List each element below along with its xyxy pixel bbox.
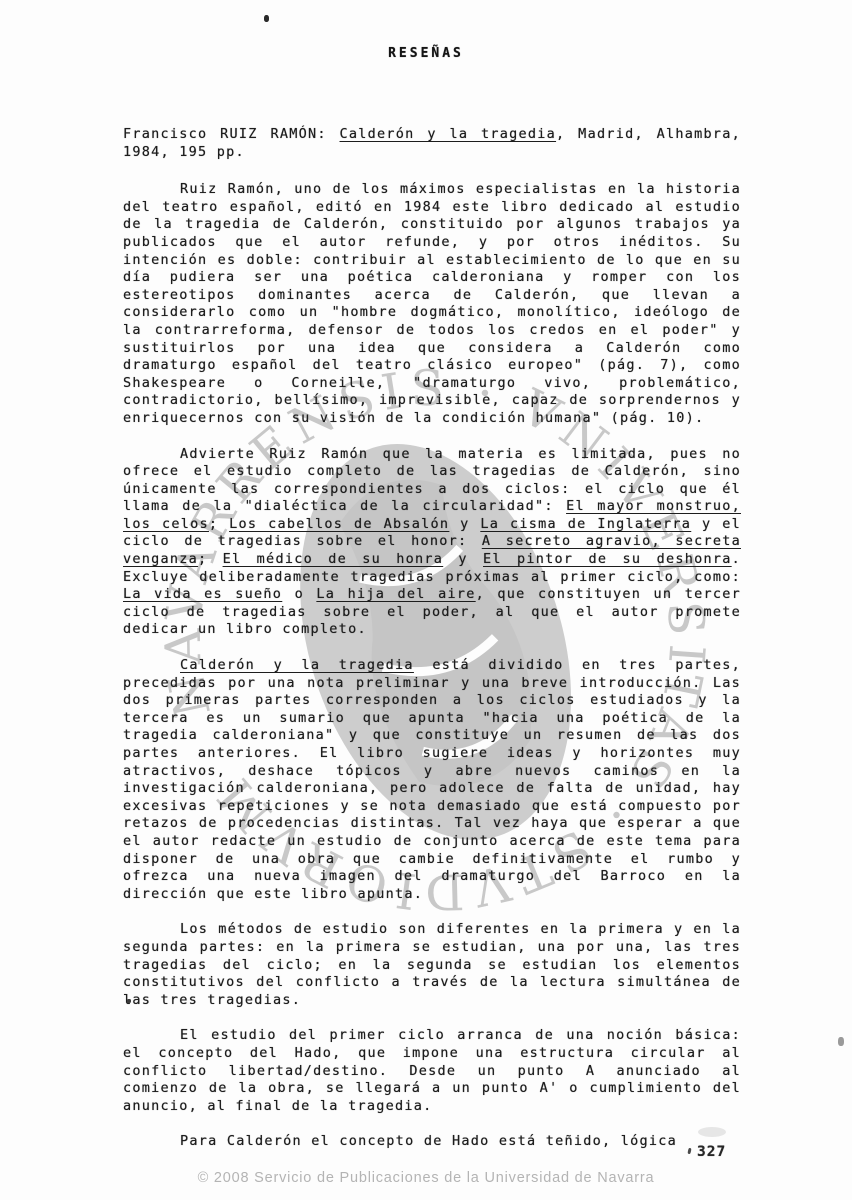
text-run: ; <box>209 516 229 532</box>
paragraph: Advierte Ruiz Ramón que la materia es li… <box>123 446 741 640</box>
text-run: ; <box>198 551 223 567</box>
text-run: Francisco RUIZ RAMÓN: <box>123 126 340 142</box>
scanned-page: NAVARRENSIS · VNIVERSITAS · STVDIORVM RE… <box>0 0 852 1200</box>
text-run: y <box>443 551 483 567</box>
underlined-title: La hija del aire <box>316 586 475 602</box>
paragraph: Ruiz Ramón, uno de los máximos especiali… <box>123 181 741 427</box>
text-run: Para Calderón el concepto de Hado está t… <box>180 1133 677 1149</box>
paragraph: Los métodos de estudio son diferentes en… <box>123 921 741 1009</box>
text-run: y <box>449 516 480 532</box>
text-run: está dividido en tres partes, precedidas… <box>123 657 741 902</box>
underlined-title: Calderón y la tragedia <box>340 126 557 142</box>
underlined-title: El pintor de su deshonra <box>483 551 732 567</box>
page-number: 327 <box>697 1144 726 1160</box>
citation: Francisco RUIZ RAMÓN: Calderón y la trag… <box>123 126 741 161</box>
paragraph: El estudio del primer ciclo arranca de u… <box>123 1027 741 1115</box>
underlined-title: La vida es sueño <box>123 586 282 602</box>
scan-smudge <box>698 1127 726 1137</box>
text-run: El estudio del primer ciclo arranca de u… <box>123 1027 741 1113</box>
text-run: Los métodos de estudio son diferentes en… <box>123 921 741 1007</box>
text-run: Ruiz Ramón, uno de los máximos especiali… <box>123 181 741 426</box>
review-body: Francisco RUIZ RAMÓN: Calderón y la trag… <box>123 126 741 1169</box>
underlined-title: El médico de su honra <box>223 551 443 567</box>
scan-speck <box>838 1037 844 1046</box>
underlined-title: La cisma de Inglaterra <box>480 516 691 532</box>
scan-speck <box>264 15 269 22</box>
paragraph: Calderón y la tragedia está dividido en … <box>123 657 741 903</box>
paragraph: Para Calderón el concepto de Hado está t… <box>123 1133 741 1151</box>
text-run: o <box>282 586 316 602</box>
review-paragraphs: Ruiz Ramón, uno de los máximos especiali… <box>123 181 741 1151</box>
underlined-title: Calderón y la tragedia <box>180 657 414 673</box>
scan-speck <box>127 999 131 1003</box>
copyright-line: © 2008 Servicio de Publicaciones de la U… <box>0 1170 852 1186</box>
page-header: RESEÑAS <box>0 46 852 61</box>
underlined-title: Los cabellos de Absalón <box>229 516 449 532</box>
